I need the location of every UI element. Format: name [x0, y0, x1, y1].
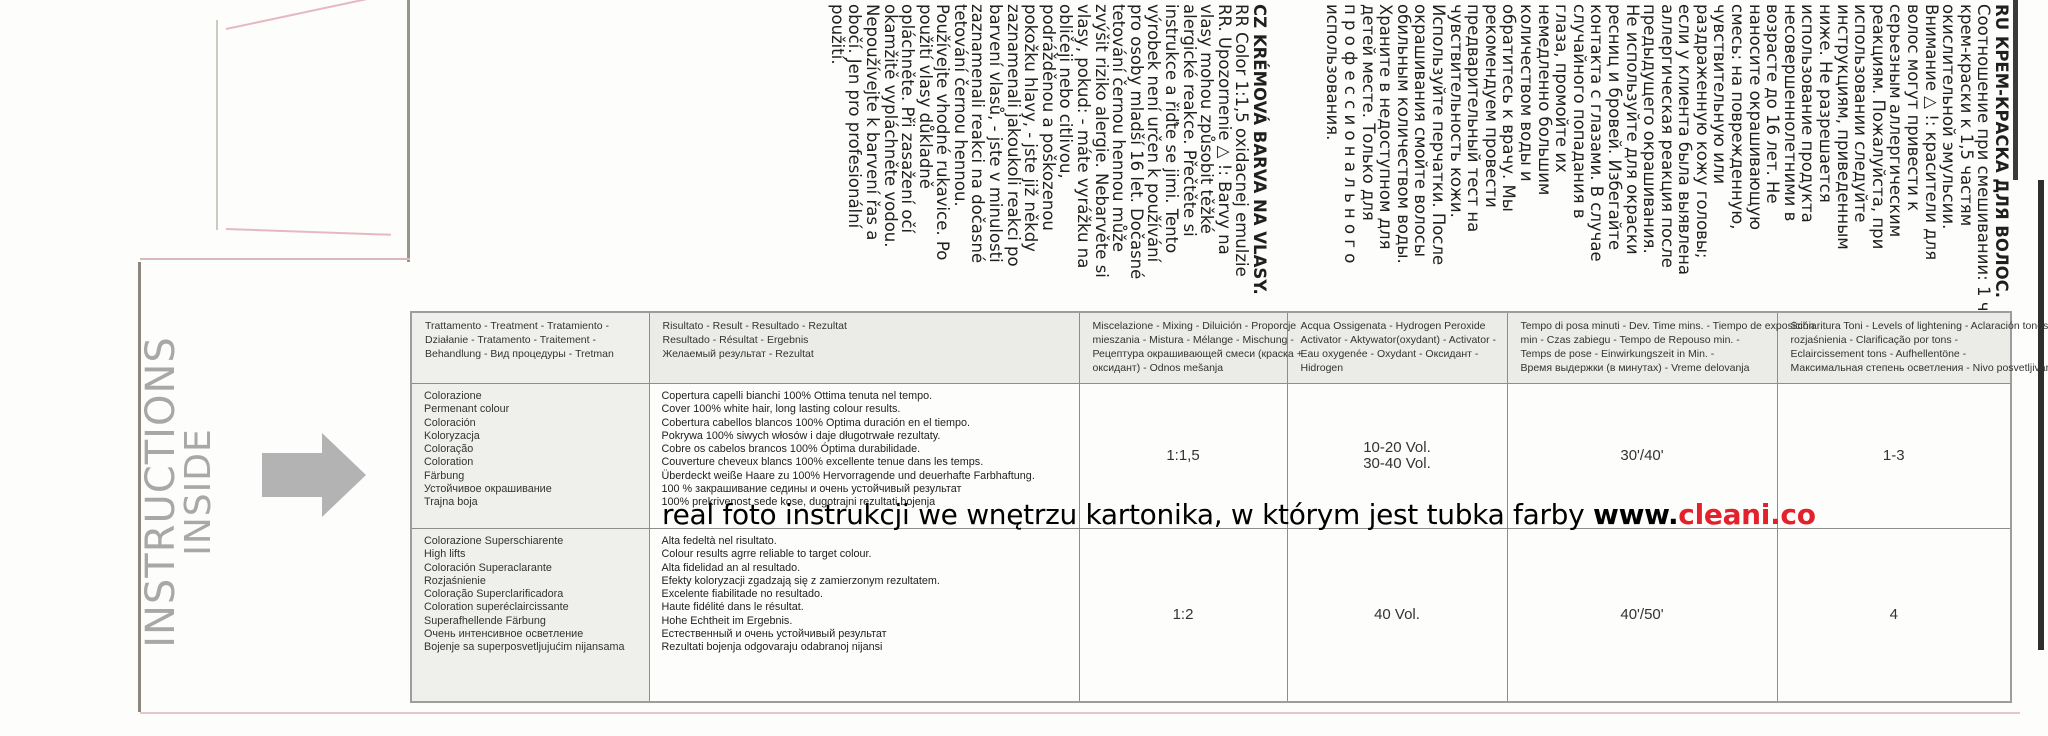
text-line: Coloration superéclaircissante [424, 601, 637, 614]
text-line: Copertura capelli bianchi 100% Ottima te… [662, 390, 1067, 403]
text-line: п р о ф е с с и о н а л ь н о г о [1341, 4, 1359, 279]
text-line: Acqua Ossigenata - Hydrogen Peroxide [1301, 319, 1497, 333]
ru-heading: RU КРЕМ-КРАСКА ДЛЯ ВОЛОС. [1992, 4, 2010, 279]
text-line: Colour results agrre reliable to target … [662, 548, 1067, 561]
text-line: Время выдержки (в минутах) - Vreme delov… [1521, 361, 1767, 375]
header-mixing: Miscelazione - Mixing - Diluición - Prop… [1079, 312, 1287, 384]
text-line: 100 % закрашивание седины и очень устойч… [662, 483, 1067, 496]
text-line: оксидант) - Odnos mešanja [1093, 361, 1277, 375]
text-line: количеством воды и [1517, 4, 1535, 279]
text-line: Efekty koloryzacji zgadzają się z zamier… [662, 575, 1067, 588]
text-line: Естественный и очень устойчивый результа… [662, 628, 1067, 641]
text-line: обратитесь к врачу. Мы [1500, 4, 1518, 279]
text-line: High lifts [424, 548, 637, 561]
header-lightening: Schiaritura Toni - Levels of lightening … [1777, 312, 2011, 384]
text-line: серьезным аллергическим [1887, 4, 1905, 279]
text-line: vlasy, pokud: - máte vyrážku na [1074, 4, 1092, 279]
text-line: Eclaircissement tons - Aufhellentöne - [1791, 347, 2001, 361]
text-line: 30-40 Vol. [1288, 456, 1507, 472]
text-line: Не используйте для окраски [1623, 4, 1641, 279]
text-line: Excelente fiabilitade no resultado. [662, 588, 1067, 601]
text-line: Überdeckt weiße Haare zu 100% Hervorrage… [662, 470, 1067, 483]
text-line: Используйте перчатки. После [1429, 4, 1447, 279]
text-line: Coloração [424, 443, 637, 456]
cell-treatment: ColorazionePermenant colourColoraciónKol… [411, 384, 649, 529]
text-line: Желаемый результат - Rezultat [663, 347, 1069, 361]
text-line: opláchněte. Při zasažení očí [899, 4, 917, 279]
overlay-caption: real foto instrukcji we wnętrzu kartonik… [662, 498, 1816, 531]
text-line: obočí. Jen pro profesionální [846, 4, 864, 279]
arrow-right-icon [262, 433, 366, 517]
cell-result: Alta fedeltà nel risultato.Colour result… [649, 529, 1079, 703]
text-line: ниже. Не разрешается [1816, 4, 1834, 279]
text-line: смесь: на поврежденную, [1729, 4, 1747, 279]
text-line: Рецептура окрашивающей смеси (краска + [1093, 347, 1277, 361]
text-line: Coloración Superaclarante [424, 562, 637, 575]
text-line: instrukce a řiďte se jimi. Tento [1162, 4, 1180, 279]
text-line: rozjaśnienia - Clarificação por tons - [1791, 333, 2001, 347]
text-line: Cobre os cabelos brancos 100% Óptima dur… [662, 443, 1067, 456]
text-line: ресниц и бровей. Избегайте [1605, 4, 1623, 279]
text-line: Trattamento - Treatment - Tratamiento - [425, 319, 639, 333]
text-line: Храните в недоступном для [1377, 4, 1395, 279]
text-line: детей месте. Только для [1359, 4, 1377, 279]
text-line: волос могут привести к [1904, 4, 1922, 279]
text-line: mieszania - Mistura - Mélange - Mischung… [1093, 333, 1277, 347]
text-line: Hidrogen [1301, 361, 1497, 375]
text-line: použití. [828, 4, 846, 279]
text-line: Superafhellende Färbung [424, 615, 637, 628]
header-result: Risultato - Result - Resultado - Rezulta… [649, 312, 1079, 384]
text-line: Tempo di posa minuti - Dev. Time mins. -… [1521, 319, 1767, 333]
text-line: наносите окрашивающую [1746, 4, 1764, 279]
text-line: Pokrywa 100% siwych włosów i daje długot… [662, 430, 1067, 443]
cell-lightening: 4 [1777, 529, 2011, 703]
text-line: 40 Vol. [1288, 607, 1507, 623]
text-line: Nepoužívejte k barvení řas a [863, 4, 881, 279]
text-line: Соотношение при смешивании: 1 часть [1975, 4, 1993, 279]
cell-treatment: Colorazione SuperschiarenteHigh liftsCol… [411, 529, 649, 703]
fold-line [140, 258, 410, 260]
carton-flap [216, 20, 368, 230]
ru-instructions-text: RU КРЕМ-КРАСКА ДЛЯ ВОЛОС. Соотношение пр… [1324, 4, 2010, 279]
text-line: Rozjaśnienie [424, 575, 637, 588]
text-line: Miscelazione - Mixing - Diluición - Prop… [1093, 319, 1277, 333]
text-line: tetování černou hennou. [951, 4, 969, 279]
text-line: Temps de pose - Einwirkungszeit in Min. … [1521, 347, 1767, 361]
fold-line [2038, 180, 2044, 650]
text-line: использования. [1324, 4, 1342, 279]
text-line: vlasy mohou způsobit těžké [1198, 4, 1216, 279]
text-line: Alta fedeltà nel risultato. [662, 535, 1067, 548]
text-line: окрашивания смойте волосы [1412, 4, 1430, 279]
text-line: глаза, промойте их [1553, 4, 1571, 279]
text-line: barvení vlasů, - jste v minulosti [987, 4, 1005, 279]
text-line: немедленно большим [1535, 4, 1553, 279]
inside-word: INSIDE [180, 312, 218, 672]
text-line: tetování černou hennou může [1110, 4, 1128, 279]
text-line: Couverture cheveux blancs 100% excellent… [662, 456, 1067, 469]
text-line: zvýšit riziko alergie. Nebarvěte si [1092, 4, 1110, 279]
text-line: Coloration [424, 456, 637, 469]
text-line: инструкциям, приведенным [1834, 4, 1852, 279]
text-line: реакциям. Пожалуйста, при [1869, 4, 1887, 279]
text-line: рекомендуем провести [1482, 4, 1500, 279]
header-time: Tempo di posa minuti - Dev. Time mins. -… [1507, 312, 1777, 384]
text-line: Activator - Aktywator(oxydant) - Activat… [1301, 333, 1497, 347]
text-line: okamžitě vypláchněte vodou. [881, 4, 899, 279]
text-line: RR Color 1:1,5 oxidacnej emulzie [1233, 4, 1251, 279]
text-line: Устойчивое окрашивание [424, 483, 637, 496]
text-line: Resultado - Résultat - Ergebnis [663, 333, 1069, 347]
text-line: Alta fidelidad an al resultado. [662, 562, 1067, 575]
text-line: Максимальная степень осветления - Nivo p… [1791, 361, 2001, 375]
text-line: Colorazione Superschiarente [424, 535, 637, 548]
text-line: alergické reakce. Přečtěte si [1180, 4, 1198, 279]
text-line: Používejte vhodné rukavice. Po [934, 4, 952, 279]
text-line: Färbung [424, 470, 637, 483]
caption-text: real foto instrukcji we wnętrzu kartonik… [662, 498, 1593, 531]
text-line: чувствительную или [1711, 4, 1729, 279]
text-line: obličeji nebo citlivou, [1057, 4, 1075, 279]
table-row: Colorazione SuperschiarenteHigh liftsCol… [411, 529, 2011, 703]
text-line: pokožku hlavy, - jste již někdy [1022, 4, 1040, 279]
fold-line [407, 0, 410, 262]
table-header-row: Trattamento - Treatment - Tratamiento -D… [411, 312, 2011, 384]
text-line: Eau oxygenée - Oxydant - Оксидант - [1301, 347, 1497, 361]
text-line: Risultato - Result - Resultado - Rezulta… [663, 319, 1069, 333]
text-line: Behandlung - Вид процедуры - Tretman [425, 347, 639, 361]
text-line: použití vlasy důkladně [916, 4, 934, 279]
text-line: Schiaritura Toni - Levels of lightening … [1791, 319, 2001, 333]
text-line: Haute fidélité dans le résultat. [662, 601, 1067, 614]
cz-heading: CZ KRÉMOVÁ BARVA NA VLASY. [1250, 4, 1268, 279]
text-line: výrobek není určen k používání [1145, 4, 1163, 279]
text-line: Bojenje sa superposvetljujućim nijansama [424, 641, 637, 654]
text-line: min - Czas zabiegu - Tempo de Repouso mi… [1521, 333, 1767, 347]
fold-line [2013, 0, 2018, 180]
text-line: Cobertura cabellos blancos 100% Optima d… [662, 417, 1067, 430]
carton-edge [140, 712, 2020, 714]
caption-brand-link[interactable]: cleani.co [1678, 498, 1815, 531]
text-line: pro osoby mladší 16 let. Dočasné [1127, 4, 1145, 279]
text-line: Внимание △ !: красители для [1922, 4, 1940, 279]
text-line: использовании следуйте [1852, 4, 1870, 279]
text-line: Działanie - Tratamento - Traitement - [425, 333, 639, 347]
text-line: если у клиента была выявлена [1676, 4, 1694, 279]
text-line: раздраженную кожу головы; [1693, 4, 1711, 279]
text-line: podrážděnou a poškozenou [1039, 4, 1057, 279]
header-peroxide: Acqua Ossigenata - Hydrogen PeroxideActi… [1287, 312, 1507, 384]
text-line: zaznamenali jakoukoli reakci po [1004, 4, 1022, 279]
text-line: несовершеннолетними в [1781, 4, 1799, 279]
cell-peroxide: 40 Vol. [1287, 529, 1507, 703]
text-line: контакта с глазами. В случае [1588, 4, 1606, 279]
cz-instructions-text: CZ KRÉMOVÁ BARVA NA VLASY. RR Color 1:1,… [828, 4, 1268, 279]
caption-www: www. [1593, 498, 1678, 531]
text-line: Coloración [424, 417, 637, 430]
cell-mixing: 1:2 [1079, 529, 1287, 703]
text-line: Permenant colour [424, 403, 637, 416]
text-line: возрасте до 16 лет. Не [1764, 4, 1782, 279]
text-line: крем-краски к 1,5 частям [1957, 4, 1975, 279]
text-line: Hohe Echtheit im Ergebnis. [662, 615, 1067, 628]
text-line: случайного попадания в [1570, 4, 1588, 279]
text-line: Koloryzacja [424, 430, 637, 443]
instructions-word: INSTRUCTIONS [142, 312, 180, 672]
text-line: обильным количеством воды. [1394, 4, 1412, 279]
text-line: RR. Upozornenie △ !: Barvy na [1215, 4, 1233, 279]
text-line: Trajna boja [424, 496, 637, 509]
text-line: предыдущего окрашивания. [1641, 4, 1659, 279]
text-line: аллергическая реакция после [1658, 4, 1676, 279]
text-line: чувствительность кожи. [1447, 4, 1465, 279]
text-line: zaznamenali reakci na dočasné [969, 4, 987, 279]
text-line: Rezultati bojenja odgovaraju odabranoj n… [662, 641, 1067, 654]
text-line: Cover 100% white hair, long lasting colo… [662, 403, 1067, 416]
text-line: использование продукта [1799, 4, 1817, 279]
text-line: Colorazione [424, 390, 637, 403]
text-line: Очень интенсивное осветление [424, 628, 637, 641]
text-line: окислительной эмульсии. [1940, 4, 1958, 279]
text-line: 10-20 Vol. [1288, 440, 1507, 456]
cell-time: 40'/50' [1507, 529, 1777, 703]
text-line: Coloração Superclarificadora [424, 588, 637, 601]
header-treatment: Trattamento - Treatment - Tratamiento -D… [411, 312, 649, 384]
text-line: предварительный тест на [1465, 4, 1483, 279]
